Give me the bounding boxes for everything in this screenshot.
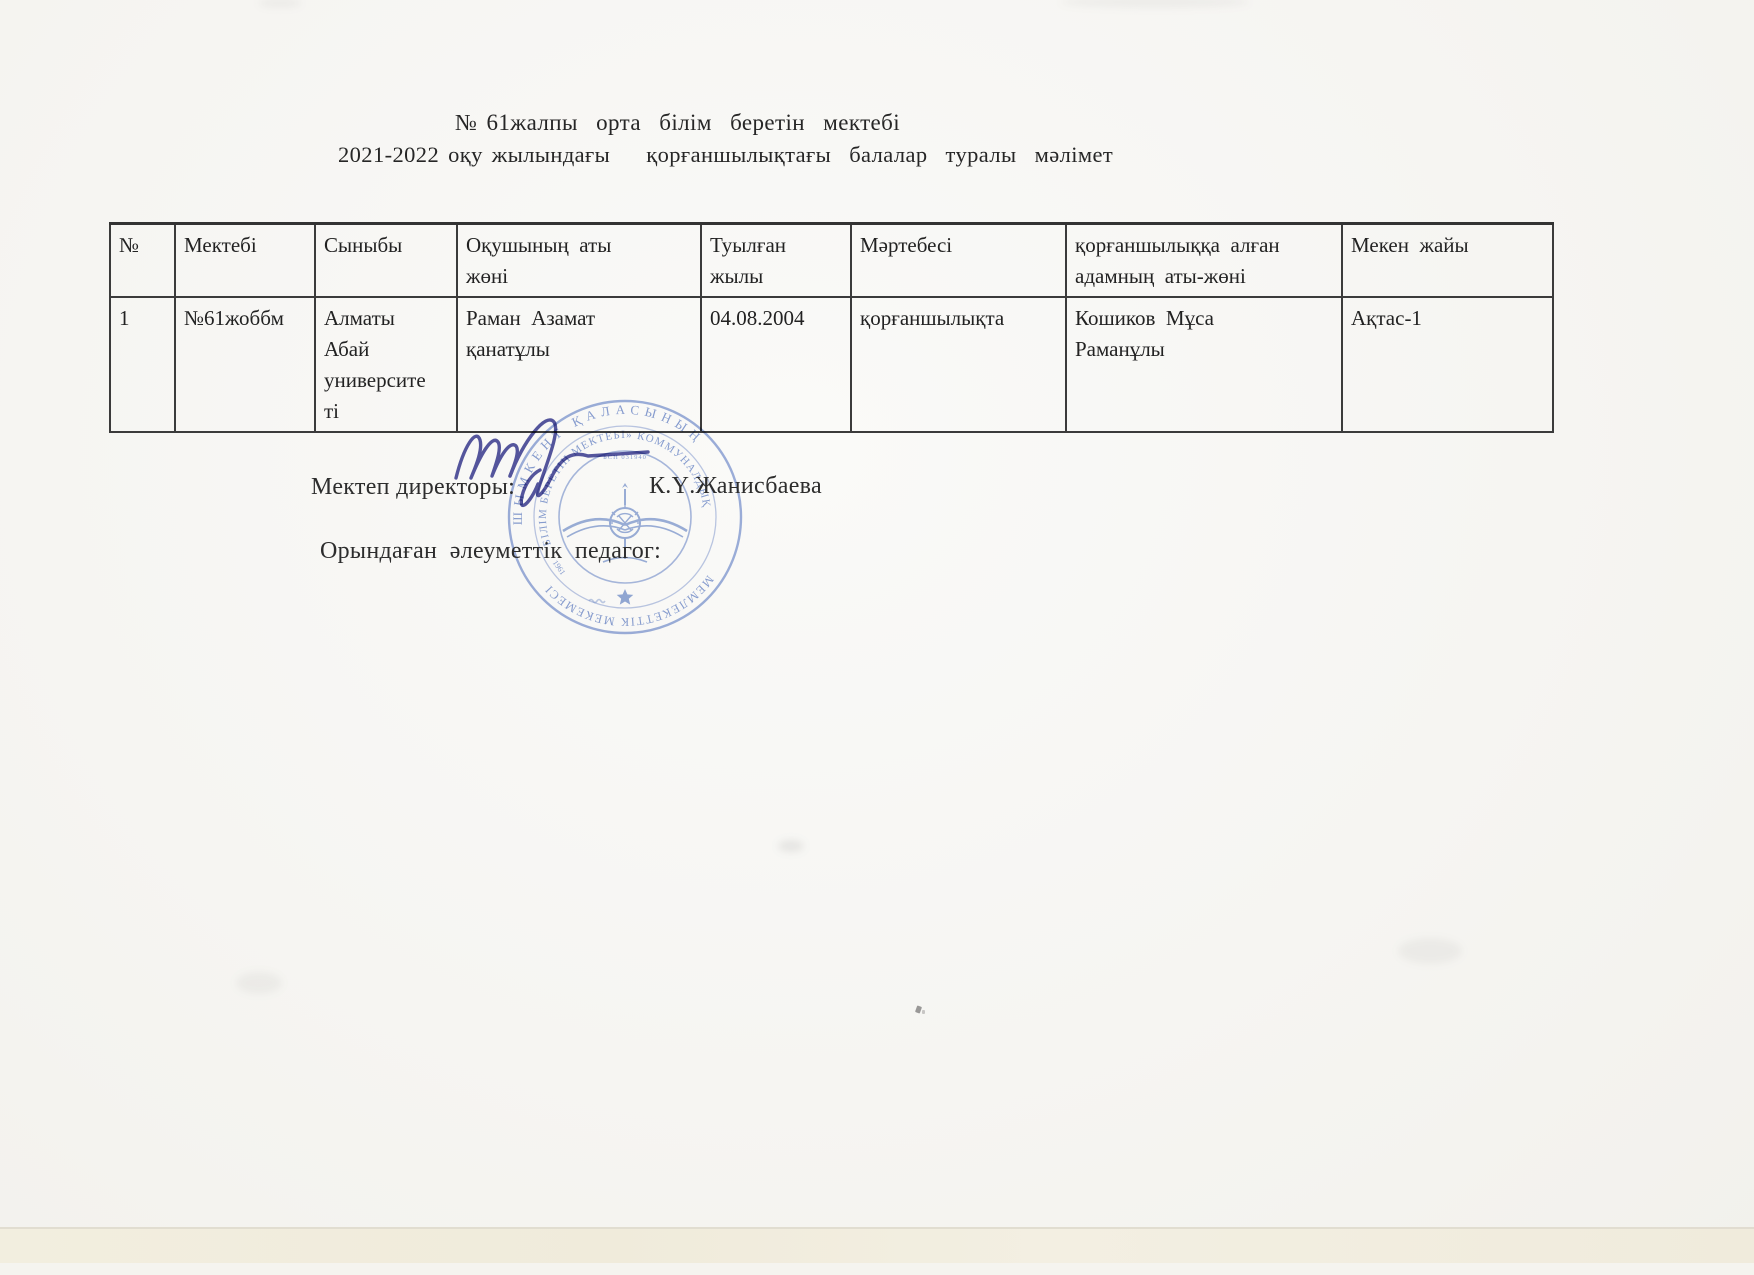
cell-school: №61жоббм: [175, 297, 315, 432]
scan-smudge: [1060, 0, 1250, 8]
header-cell-birth-year: Туылған жылы: [701, 224, 851, 298]
header-cell-status: Мәртебесі: [851, 224, 1066, 298]
scanned-document-page: № 61жалпы орта білім беретін мектебі 202…: [0, 0, 1754, 1275]
header-cell-address: Мекен жайы: [1342, 224, 1553, 298]
cell-address: Ақтас-1: [1342, 297, 1553, 432]
document-title-line2: 2021-2022 оқу жылындағы қорғаншылықтағы …: [338, 142, 1113, 168]
cell-status: қорғаншылықта: [851, 297, 1066, 432]
scan-smudge: [778, 840, 804, 852]
scan-smudge: [1398, 938, 1462, 964]
scan-edge-band: [0, 1229, 1754, 1263]
header-cell-school: Мектебі: [175, 224, 315, 298]
document-title-line1: № 61жалпы орта білім беретін мектебі: [455, 110, 900, 136]
director-signature: [448, 396, 678, 521]
header-cell-no: №: [110, 224, 175, 298]
table-header-row: № Мектебі Сыныбы Оқушының аты жөні Туылғ…: [110, 224, 1553, 298]
guardianship-table: № Мектебі Сыныбы Оқушының аты жөні Туылғ…: [109, 222, 1554, 433]
cell-no: 1: [110, 297, 175, 432]
scan-speck: [915, 1005, 922, 1013]
header-cell-guardian-name: қорғаншылыққа алған адамның аты-жөні: [1066, 224, 1342, 298]
cell-grade: Алматы Абай университе ті: [315, 297, 457, 432]
stamp-star-icon: [617, 589, 634, 605]
cell-guardian-name: Кошиков Мұса Раманұлы: [1066, 297, 1342, 432]
scan-edge-band-below: [0, 1263, 1754, 1275]
header-cell-student-name: Оқушының аты жөні: [457, 224, 701, 298]
scan-smudge: [236, 972, 282, 994]
header-cell-grade: Сыныбы: [315, 224, 457, 298]
scan-speck: [922, 1010, 925, 1014]
executor-label: Орындаған әлеуметтік педагог:: [320, 538, 661, 565]
table-row: 1 №61жоббм Алматы Абай университе ті Рам…: [110, 297, 1553, 432]
scan-smudge: [258, 0, 302, 8]
